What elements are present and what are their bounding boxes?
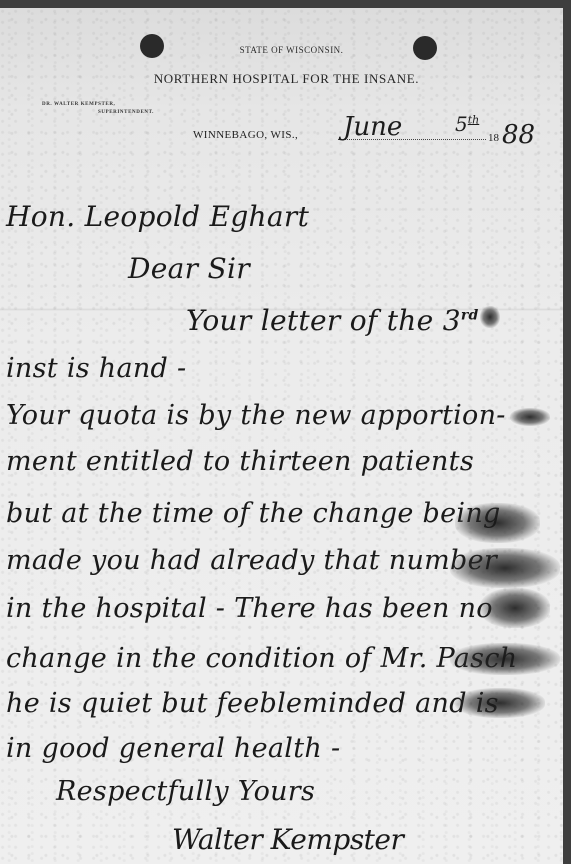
letterhead-place: WINNEBAGO, WIS., [193,129,298,141]
letter-page: STATE OF WISCONSIN. NORTHERN HOSPITAL FO… [0,8,563,864]
body-line: made you had already that number [6,545,497,576]
date-year-suffix: 88 [502,120,535,150]
body-intro-text: Your letter of the 3 [186,304,461,337]
letterhead-institution: NORTHERN HOSPITAL FOR THE INSANE. [0,71,563,87]
body-intro: Your letter of the 3rd [186,304,479,337]
ink-smudge [480,306,500,328]
addressee: Hon. Leopold Eghart [6,200,309,233]
date-month: June [343,112,402,142]
body-line: Your quota is by the new apportion- [6,400,506,431]
body-line: ment entitled to thirteen patients [6,446,474,477]
body-line: in good general health - [6,733,340,764]
letterhead-officer-title: SUPERINTENDENT. [98,110,154,115]
date-year-prefix: 18 [488,132,499,144]
signature: Walter Kempster [172,823,403,856]
letterhead-officer-name: DR. WALTER KEMPSTER, [42,102,115,107]
ink-smudge [455,688,545,718]
body-line: in the hospital - There has been no [6,593,493,624]
closing: Respectfully Yours [56,776,315,807]
scan-border-top [0,0,571,8]
ink-smudge [480,588,550,628]
body-line: he is quiet but feebleminded and is [6,688,499,719]
body-line: but at the time of the change being [6,498,501,529]
ink-smudge [510,408,550,426]
body-line: inst is hand - [6,353,186,384]
ink-smudge [450,643,560,675]
scan-border-right [563,0,571,864]
date-day: 5th [455,112,479,136]
ink-smudge [455,503,540,543]
date-day-suffix: th [468,113,480,126]
body-intro-suffix: rd [461,308,479,324]
letterhead-state: STATE OF WISCONSIN. [0,45,563,55]
ink-smudge [450,548,560,588]
body-line: change in the condition of Mr. Pasch [6,643,517,674]
greeting: Dear Sir [128,252,250,285]
date-day-number: 5 [455,112,468,136]
